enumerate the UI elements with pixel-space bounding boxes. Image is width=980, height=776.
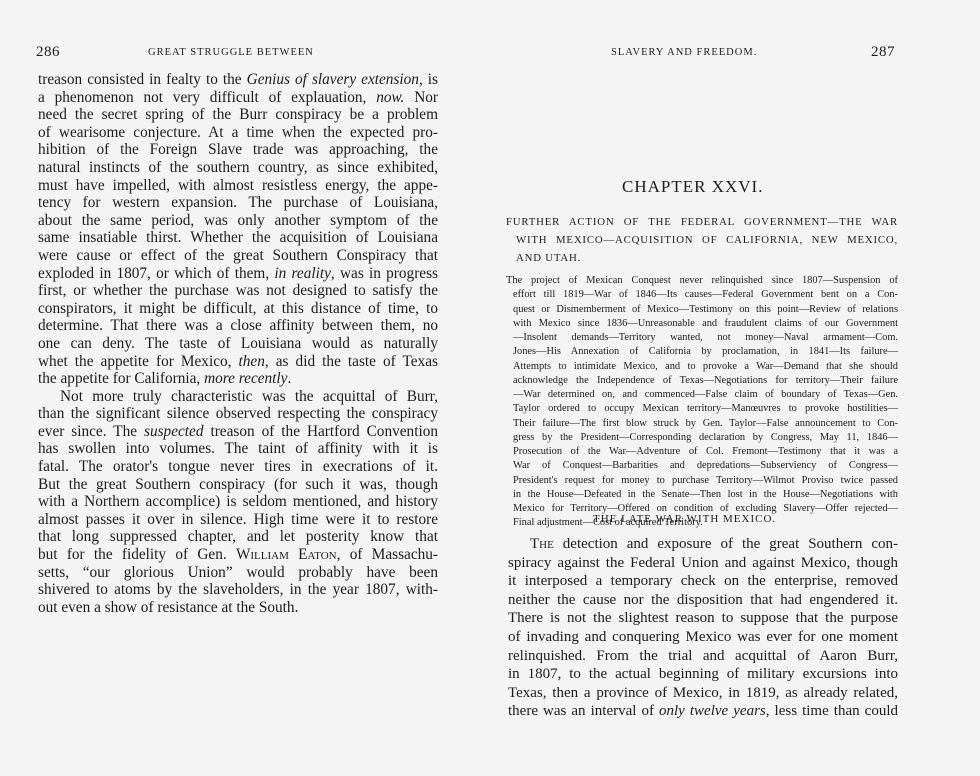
section-heading: THE LATE WAR WITH MEXICO. [593,513,776,525]
page-number: 286 [36,44,60,61]
text-run: there was an interval of [508,703,659,719]
text-line: a phenomenon not very difficult of expla… [38,89,438,107]
text-line: must have impelled, with almost resistle… [38,177,438,195]
text-run: There is not the slightest reason to sup… [508,610,898,626]
text-run: , was in progress [331,265,438,282]
text-line: FURTHER ACTION OF THE FEDERAL GOVERNMENT… [506,213,898,231]
text-run: spiracy against the Federal Union and ag… [508,555,898,571]
text-run: with a Northern accomplice) is seldom me… [38,493,438,510]
italic-text: suspected [144,423,203,440]
text-run: whet the appetite for Mexico, [38,353,239,370]
text-run: , of Massachu- [337,546,438,563]
text-line: determine. That there was a close affini… [38,317,438,335]
text-line: one can deny. The taste of Louisiana wou… [38,335,438,353]
text-line: —War determined on, and commenced—False … [506,388,898,402]
text-line: than the significant silence observed re… [38,405,438,423]
text-line: relinquished. From the trial and acquitt… [508,647,898,666]
text-line: that long suppressed chapter, and let po… [38,528,438,546]
text-run: Nor [404,89,438,106]
text-run: natural instincts of the southern countr… [38,159,438,176]
text-line: War of Conquest—Barbarities and depredat… [506,459,898,473]
text-line: the appetite for California, more recent… [38,370,438,388]
text-run: , less time than could [766,703,898,719]
text-line: gress by the President—Corresponding dec… [506,431,898,445]
italic-text: only twelve years [659,703,766,719]
text-run: , is [419,71,438,88]
text-line: need the secret spring of the Burr consp… [38,106,438,124]
text-run: of wearisome conjecture. At a time when … [38,124,438,141]
text-line: whet the appetite for Mexico, then, as d… [38,353,438,371]
text-line: The project of Mexican Conquest never re… [506,274,898,288]
text-run: hibition of the Foreign Slave trade was … [38,141,438,158]
text-line: President's request for money to purchas… [506,474,898,488]
text-line: almost passes it over in silence. High t… [38,511,438,529]
text-run: the appetite for California, [38,370,204,387]
text-run: setts, “our glorious Union” would probab… [38,564,438,581]
text-line: in 1807, to the actual beginning of mili… [508,665,898,684]
text-run: of invading and conquering Mexico was ev… [508,629,898,645]
text-line: of invading and conquering Mexico was ev… [508,628,898,647]
text-line: —Insolent demands—Territory wanted, not … [506,331,898,345]
chapter-title: CHAPTER XXVI. [622,177,763,197]
text-line: fatal. The orator's tongue never tires i… [38,458,438,476]
text-run: , as did the taste of Texas [265,353,438,370]
text-line: setts, “our glorious Union” would probab… [38,564,438,582]
text-line: it interposed a temporary check on the e… [508,572,898,591]
text-run: out even a show of resistance at the Sou… [38,599,298,616]
text-line: shivered to atoms by the slaveholders, i… [38,581,438,599]
text-line: WITH MEXICO—ACQUISITION OF CALIFORNIA, N… [506,231,898,249]
right-page: SLAVERY AND FREEDOM. 287 CHAPTER XXVI. F… [490,0,980,776]
text-run: . [287,370,291,387]
text-run: determine. That there was a close affini… [38,317,438,334]
text-run: first, or whether the purchase was not d… [38,282,438,299]
text-run: exploded in 1807, or which of them, [38,265,274,282]
text-run: need the secret spring of the Burr consp… [38,106,438,123]
text-line: but for the fidelity of Gen. William Eat… [38,546,438,564]
small-caps-text: The [530,536,554,552]
text-run: ever since. The [38,423,144,440]
text-run: that long suppressed chapter, and let po… [38,528,438,545]
text-line: Their failure—The first blow struck by G… [506,417,898,431]
text-line: tency for western expansion. The purchas… [38,194,438,212]
text-line: But the great Southern conspiracy (for s… [38,476,438,494]
text-line: natural instincts of the southern countr… [38,159,438,177]
text-run: must have impelled, with almost resistle… [38,177,438,194]
text-line: treason consisted in fealty to the Geniu… [38,71,438,89]
text-line: spiracy against the Federal Union and ag… [508,554,898,573]
text-line: Not more truly characteristic was the ac… [38,388,438,406]
text-line: out even a show of resistance at the Sou… [38,599,438,617]
small-caps-text: William Eaton [236,546,337,563]
page-number: 287 [871,44,895,61]
text-line: about the same period, was only another … [38,212,438,230]
text-line: first, or whether the purchase was not d… [38,282,438,300]
text-run: Not more truly characteristic was the ac… [60,388,438,405]
text-line: effort till 1819—War of 1846—Its causes—… [506,288,898,302]
text-run: relinquished. From the trial and acquitt… [508,648,898,664]
text-line: The detection and exposure of the great … [508,535,898,554]
text-run: than the significant silence observed re… [38,405,438,422]
left-page: 286 GREAT STRUGGLE BETWEEN treason consi… [0,0,490,776]
text-run: detection and exposure of the great Sout… [554,536,898,552]
text-line: hibition of the Foreign Slave trade was … [38,141,438,159]
text-run: one can deny. The taste of Louisiana wou… [38,335,438,352]
text-line: Taylor ordered to occupy Mexican territo… [506,402,898,416]
chapter-synopsis: The project of Mexican Conquest never re… [506,274,898,531]
text-line: Jones—His Annexation of California by pr… [506,345,898,359]
text-line: There is not the slightest reason to sup… [508,609,898,628]
text-run: it interposed a temporary check on the e… [508,573,898,589]
text-line: with Mexico since 1836—Unreasonable and … [506,317,898,331]
text-run: But the great Southern conspiracy (for s… [38,476,438,493]
text-run: same insatiable thirst. Whether the acqu… [38,229,438,246]
text-line: were cause or effect of the great Southe… [38,247,438,265]
text-line: there was an interval of only twelve yea… [508,702,898,721]
text-line: neither the cause nor the disposition th… [508,591,898,610]
body-text: treason consisted in fealty to the Geniu… [38,71,438,616]
body-text: The detection and exposure of the great … [508,535,898,721]
text-run: neither the cause nor the disposition th… [508,592,898,608]
text-line: ever since. The suspected treason of the… [38,423,438,441]
text-run: about the same period, was only another … [38,212,438,229]
text-line: has swollen into volumes. The taint of a… [38,440,438,458]
text-line: AND UTAH. [506,249,898,267]
text-run: but for the fidelity of Gen. [38,546,236,563]
text-line: Attempts to intimidate Mexico, and to pr… [506,360,898,374]
text-line: of wearisome conjecture. At a time when … [38,124,438,142]
text-line: same insatiable thirst. Whether the acqu… [38,229,438,247]
text-run: tency for western expansion. The purchas… [38,194,438,211]
text-line: quest or Dismemberment of Mexico—Testimo… [506,303,898,317]
italic-text: more recently [204,370,287,387]
text-run: treason consisted in fealty to the [38,71,247,88]
text-run: almost passes it over in silence. High t… [38,511,438,528]
text-line: Texas, then a province of Mexico, in 181… [508,684,898,703]
text-line: exploded in 1807, or which of them, in r… [38,265,438,283]
italic-text: in reality [274,265,331,282]
text-run: treason of the Hartford Convention [203,423,438,440]
chapter-subtitle: FURTHER ACTION OF THE FEDERAL GOVERNMENT… [506,213,898,268]
text-line: acknowledge the Independence of Texas—Ne… [506,374,898,388]
text-run: in 1807, to the actual beginning of mili… [508,666,898,682]
running-head: GREAT STRUGGLE BETWEEN [148,47,314,58]
text-run: shivered to atoms by the slaveholders, i… [38,581,438,598]
text-run: were cause or effect of the great Southe… [38,247,438,264]
italic-text: Genius of slavery extension [247,71,419,88]
text-run: fatal. The orator's tongue never tires i… [38,458,438,475]
text-run: has swollen into volumes. The taint of a… [38,440,438,457]
italic-text: then [239,353,265,370]
text-line: in the House—Defeated in the Senate—Then… [506,488,898,502]
text-line: conspirators, it might be difficult, at … [38,300,438,318]
text-run: conspirators, it might be difficult, at … [38,300,438,317]
text-line: with a Northern accomplice) is seldom me… [38,493,438,511]
text-line: Prosecution of the War—Adventure of Col.… [506,445,898,459]
italic-text: now. [376,89,404,106]
text-run: a phenomenon not very difficult of expla… [38,89,376,106]
running-head: SLAVERY AND FREEDOM. [611,47,757,58]
text-run: Texas, then a province of Mexico, in 181… [508,685,898,701]
